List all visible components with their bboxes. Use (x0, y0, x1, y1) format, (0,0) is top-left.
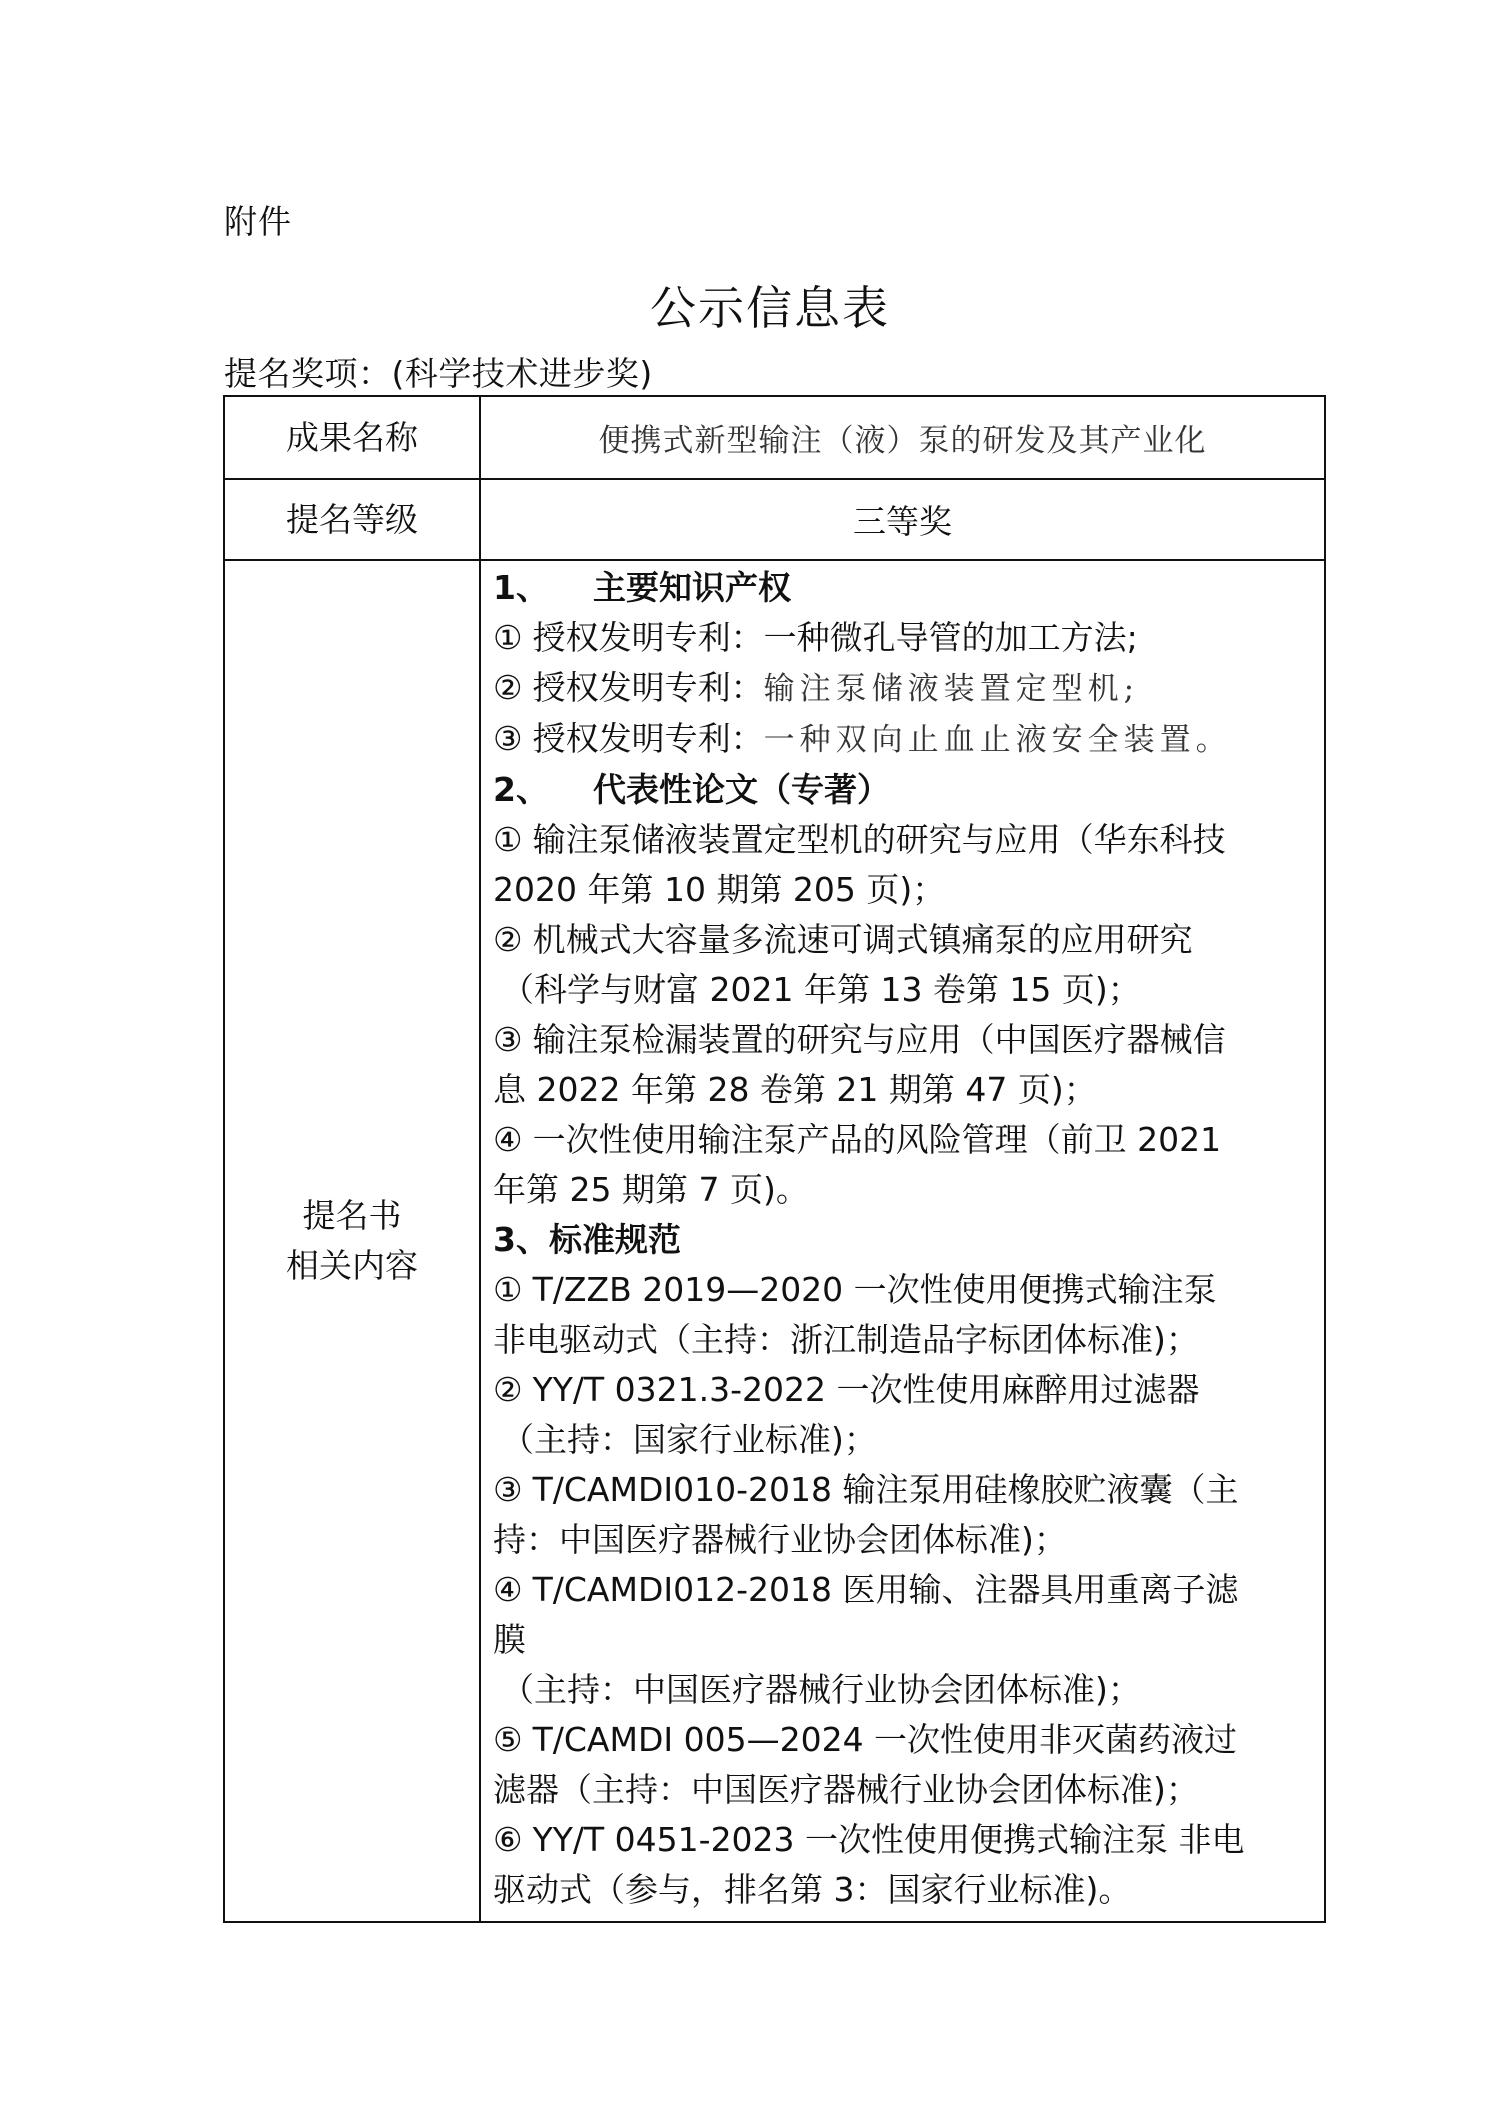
item-text-line1: YY/T 0321.3-2022 一次性使用麻醉用过滤器 (533, 1370, 1200, 1409)
item-text-line3: （主持：中国医疗器械行业协会团体标准)； (493, 1665, 1314, 1715)
section-heading-papers: 2、代表性论文（专著） (493, 765, 1314, 815)
item-text-line2: 非电驱动式（主持：浙江制造品字标团体标准)； (493, 1315, 1314, 1365)
item-text-line1: 一次性使用输注泵产品的风险管理（前卫 2021 (533, 1120, 1221, 1159)
item-marker: ① (493, 613, 523, 663)
item-text-line2: 持：中国医疗器械行业协会团体标准)； (493, 1515, 1314, 1565)
item-text: 一种双向止血止液安全装置。 (764, 722, 1232, 758)
item-prefix: 授权发明专利： (533, 668, 764, 707)
item-text-line1: T/CAMDI 005—2024 一次性使用非灭菌药液过 (533, 1720, 1237, 1759)
value-nomination-level: 三等奖 (480, 479, 1325, 560)
label-nomination-level: 提名等级 (224, 479, 480, 560)
section-number: 3、 (493, 1220, 549, 1259)
item-text-line1: 机械式大容量多流速可调式镇痛泵的应用研究 (533, 920, 1193, 959)
item-marker: ③ (493, 714, 523, 764)
section-heading-ip: 1、主要知识产权 (493, 563, 1314, 613)
item-text-line1: T/ZZB 2019—2020 一次性使用便携式输注泵 (533, 1270, 1217, 1309)
item-marker: ③ (493, 1465, 523, 1515)
item-marker: ⑥ (493, 1815, 523, 1865)
section-number: 1、 (493, 563, 593, 613)
value-achievement-name: 便携式新型输注（液）泵的研发及其产业化 (480, 396, 1325, 479)
item-marker: ④ (493, 1115, 523, 1165)
item-text-line2: 滤器（主持：中国医疗器械行业协会团体标准)； (493, 1765, 1314, 1815)
nomination-content: 1、主要知识产权 ①授权发明专利：一种微孔导管的加工方法; ②授权发明专利：输注… (480, 560, 1325, 1922)
item-marker: ⑤ (493, 1715, 523, 1765)
item-marker: ③ (493, 1015, 523, 1065)
item-prefix: 授权发明专利： (533, 719, 764, 758)
item-marker: ② (493, 1365, 523, 1415)
item-text-line1: 输注泵储液装置定型机的研究与应用（华东科技 (533, 820, 1226, 859)
item-text-line2: 膜 (493, 1615, 1314, 1665)
item-marker: ② (493, 915, 523, 965)
item-text-line2: （科学与财富 2021 年第 13 卷第 15 页)； (493, 965, 1314, 1015)
list-item: ①输注泵储液装置定型机的研究与应用（华东科技 2020 年第 10 期第 205… (493, 815, 1314, 915)
list-item: ②YY/T 0321.3-2022 一次性使用麻醉用过滤器 （主持：国家行业标准… (493, 1365, 1314, 1465)
list-item: ④一次性使用输注泵产品的风险管理（前卫 2021 年第 25 期第 7 页)。 (493, 1115, 1314, 1215)
item-text-line2: 息 2022 年第 28 卷第 21 期第 47 页)； (493, 1065, 1314, 1115)
label-nomination-content: 提名书 相关内容 (224, 560, 480, 1922)
item-text-line1: T/CAMDI010-2018 输注泵用硅橡胶贮液囊（主 (533, 1470, 1239, 1509)
label-line-1: 提名书 (226, 1191, 478, 1241)
item-marker: ④ (493, 1565, 523, 1615)
table-row-achievement-name: 成果名称 便携式新型输注（液）泵的研发及其产业化 (224, 396, 1325, 479)
list-item: ②机械式大容量多流速可调式镇痛泵的应用研究 （科学与财富 2021 年第 13 … (493, 915, 1314, 1015)
section-title: 代表性论文（专著） (593, 770, 890, 809)
list-item: ③授权发明专利：一种双向止血止液安全装置。 (493, 714, 1314, 765)
item-marker: ② (493, 663, 523, 713)
label-achievement-name: 成果名称 (224, 396, 480, 479)
section-number: 2、 (493, 765, 593, 815)
award-category: 提名奖项：(科学技术进步奖) (224, 348, 653, 395)
list-item: ③输注泵检漏装置的研究与应用（中国医疗器械信 息 2022 年第 28 卷第 2… (493, 1015, 1314, 1115)
list-item: ①授权发明专利：一种微孔导管的加工方法; (493, 613, 1314, 663)
item-text: 输注泵储液装置定型机; (764, 671, 1139, 707)
section-heading-standards: 3、标准规范 (493, 1215, 1314, 1265)
table-row-nomination-level: 提名等级 三等奖 (224, 479, 1325, 560)
item-prefix: 授权发明专利： (533, 618, 764, 657)
item-text-line2: 2020 年第 10 期第 205 页)； (493, 865, 1314, 915)
label-line-2: 相关内容 (226, 1241, 478, 1291)
item-text-line1: YY/T 0451-2023 一次性使用便携式输注泵 非电 (533, 1820, 1245, 1859)
list-item: ③T/CAMDI010-2018 输注泵用硅橡胶贮液囊（主 持：中国医疗器械行业… (493, 1465, 1314, 1565)
attachment-label: 附件 (224, 196, 292, 243)
list-item: ⑥YY/T 0451-2023 一次性使用便携式输注泵 非电 驱动式（参与，排名… (493, 1815, 1314, 1915)
section-title: 标准规范 (549, 1220, 681, 1259)
item-text-line1: 输注泵检漏装置的研究与应用（中国医疗器械信 (533, 1020, 1226, 1059)
item-text-line1: T/CAMDI012-2018 医用输、注器具用重离子滤 (533, 1570, 1239, 1609)
section-title: 主要知识产权 (593, 568, 791, 607)
item-marker: ① (493, 815, 523, 865)
list-item: ④T/CAMDI012-2018 医用输、注器具用重离子滤 膜 （主持：中国医疗… (493, 1565, 1314, 1715)
table-row-nomination-content: 提名书 相关内容 1、主要知识产权 ①授权发明专利：一种微孔导管的加工方法; ②… (224, 560, 1325, 1922)
item-marker: ① (493, 1265, 523, 1315)
list-item: ①T/ZZB 2019—2020 一次性使用便携式输注泵 非电驱动式（主持：浙江… (493, 1265, 1314, 1365)
list-item: ②授权发明专利：输注泵储液装置定型机; (493, 663, 1314, 714)
item-text-line2: 年第 25 期第 7 页)。 (493, 1165, 1314, 1215)
info-table: 成果名称 便携式新型输注（液）泵的研发及其产业化 提名等级 三等奖 提名书 相关… (223, 395, 1326, 1923)
item-text-line2: 驱动式（参与，排名第 3：国家行业标准)。 (493, 1865, 1314, 1915)
page-title: 公示信息表 (0, 272, 1500, 338)
item-text-line2: （主持：国家行业标准)； (493, 1415, 1314, 1465)
list-item: ⑤T/CAMDI 005—2024 一次性使用非灭菌药液过 滤器（主持：中国医疗… (493, 1715, 1314, 1815)
item-text: 一种微孔导管的加工方法; (764, 618, 1138, 657)
